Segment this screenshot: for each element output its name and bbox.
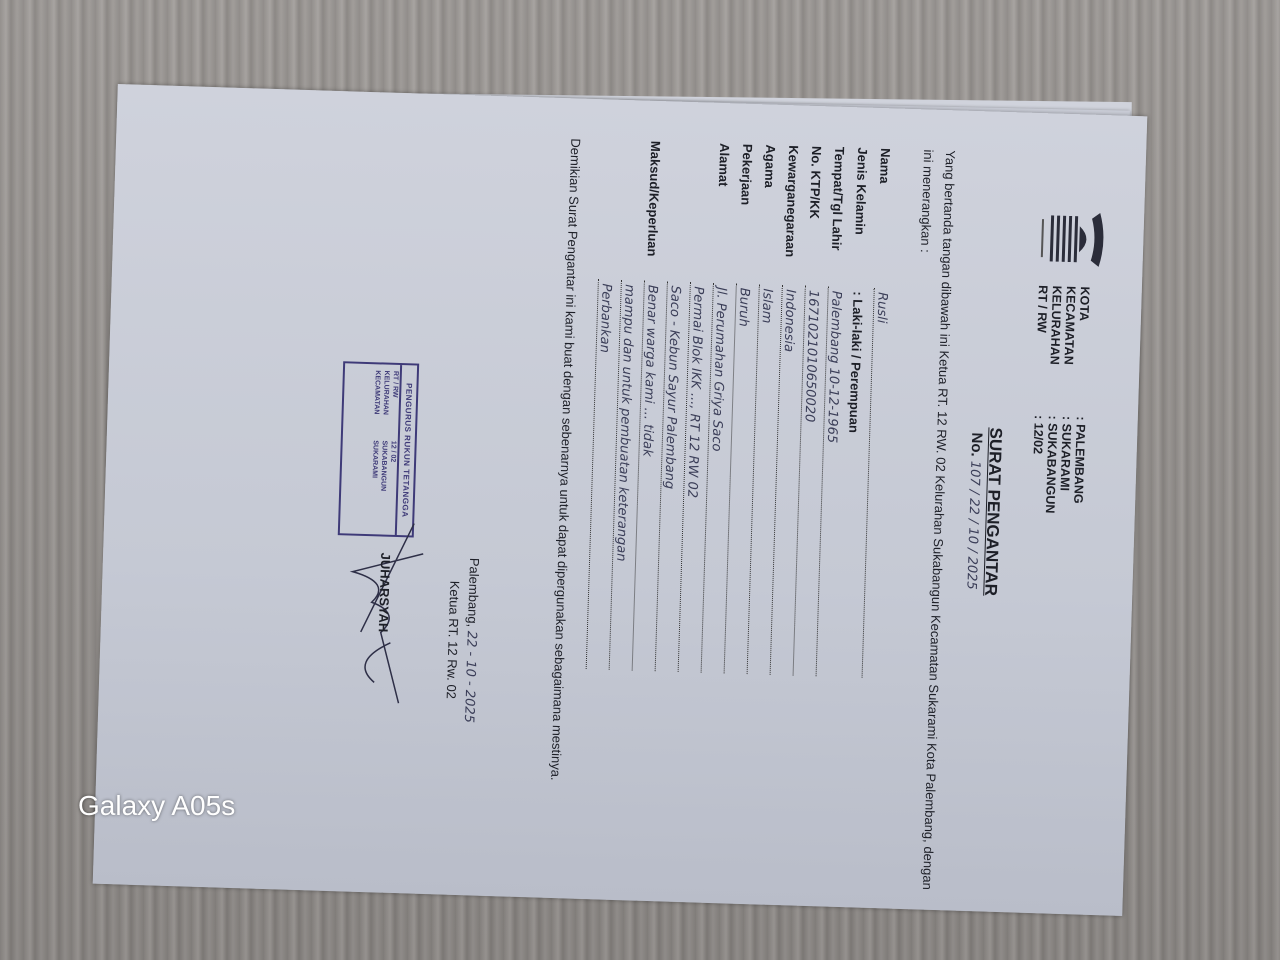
signing-date: 22 - 10 - 2025 bbox=[461, 631, 479, 724]
closing-paragraph: Demikian Surat Pengantar ini kami buat d… bbox=[541, 138, 586, 878]
field-label: Nama bbox=[874, 148, 893, 288]
field-label: Kewarganegaraan bbox=[782, 145, 801, 285]
field-label: Agama bbox=[759, 144, 778, 284]
field-label: Maksud/Keperluan bbox=[644, 141, 663, 281]
camera-watermark: Galaxy A05s bbox=[78, 790, 235, 822]
document-number-value: 107 / 22 / 10 / 2025 bbox=[963, 461, 982, 590]
field-label: No. KTP/KK bbox=[805, 146, 824, 286]
form-fields: NamaRusliJenis Kelamin: Laki-laki / Pere… bbox=[580, 139, 901, 868]
field-label: Jenis Kelamin bbox=[851, 147, 870, 287]
letter-document: KOTA: PALEMBANG KECAMATAN: SUKARAMI KELU… bbox=[93, 84, 1148, 916]
intro-paragraph: Yang bertanda tangan dibawah ini Ketua R… bbox=[894, 149, 961, 890]
city-emblem-icon bbox=[1014, 202, 1106, 275]
field-label: Tempat/Tgl Lahir bbox=[828, 146, 847, 286]
signature-block: Palembang, 22 - 10 - 2025 Ketua RT. 12 R… bbox=[440, 525, 484, 756]
signer-name: JUHARSYAH bbox=[376, 552, 393, 632]
field-label: Alamat bbox=[713, 143, 732, 283]
field-label bbox=[598, 139, 602, 279]
field-label: Pekerjaan bbox=[736, 144, 755, 284]
